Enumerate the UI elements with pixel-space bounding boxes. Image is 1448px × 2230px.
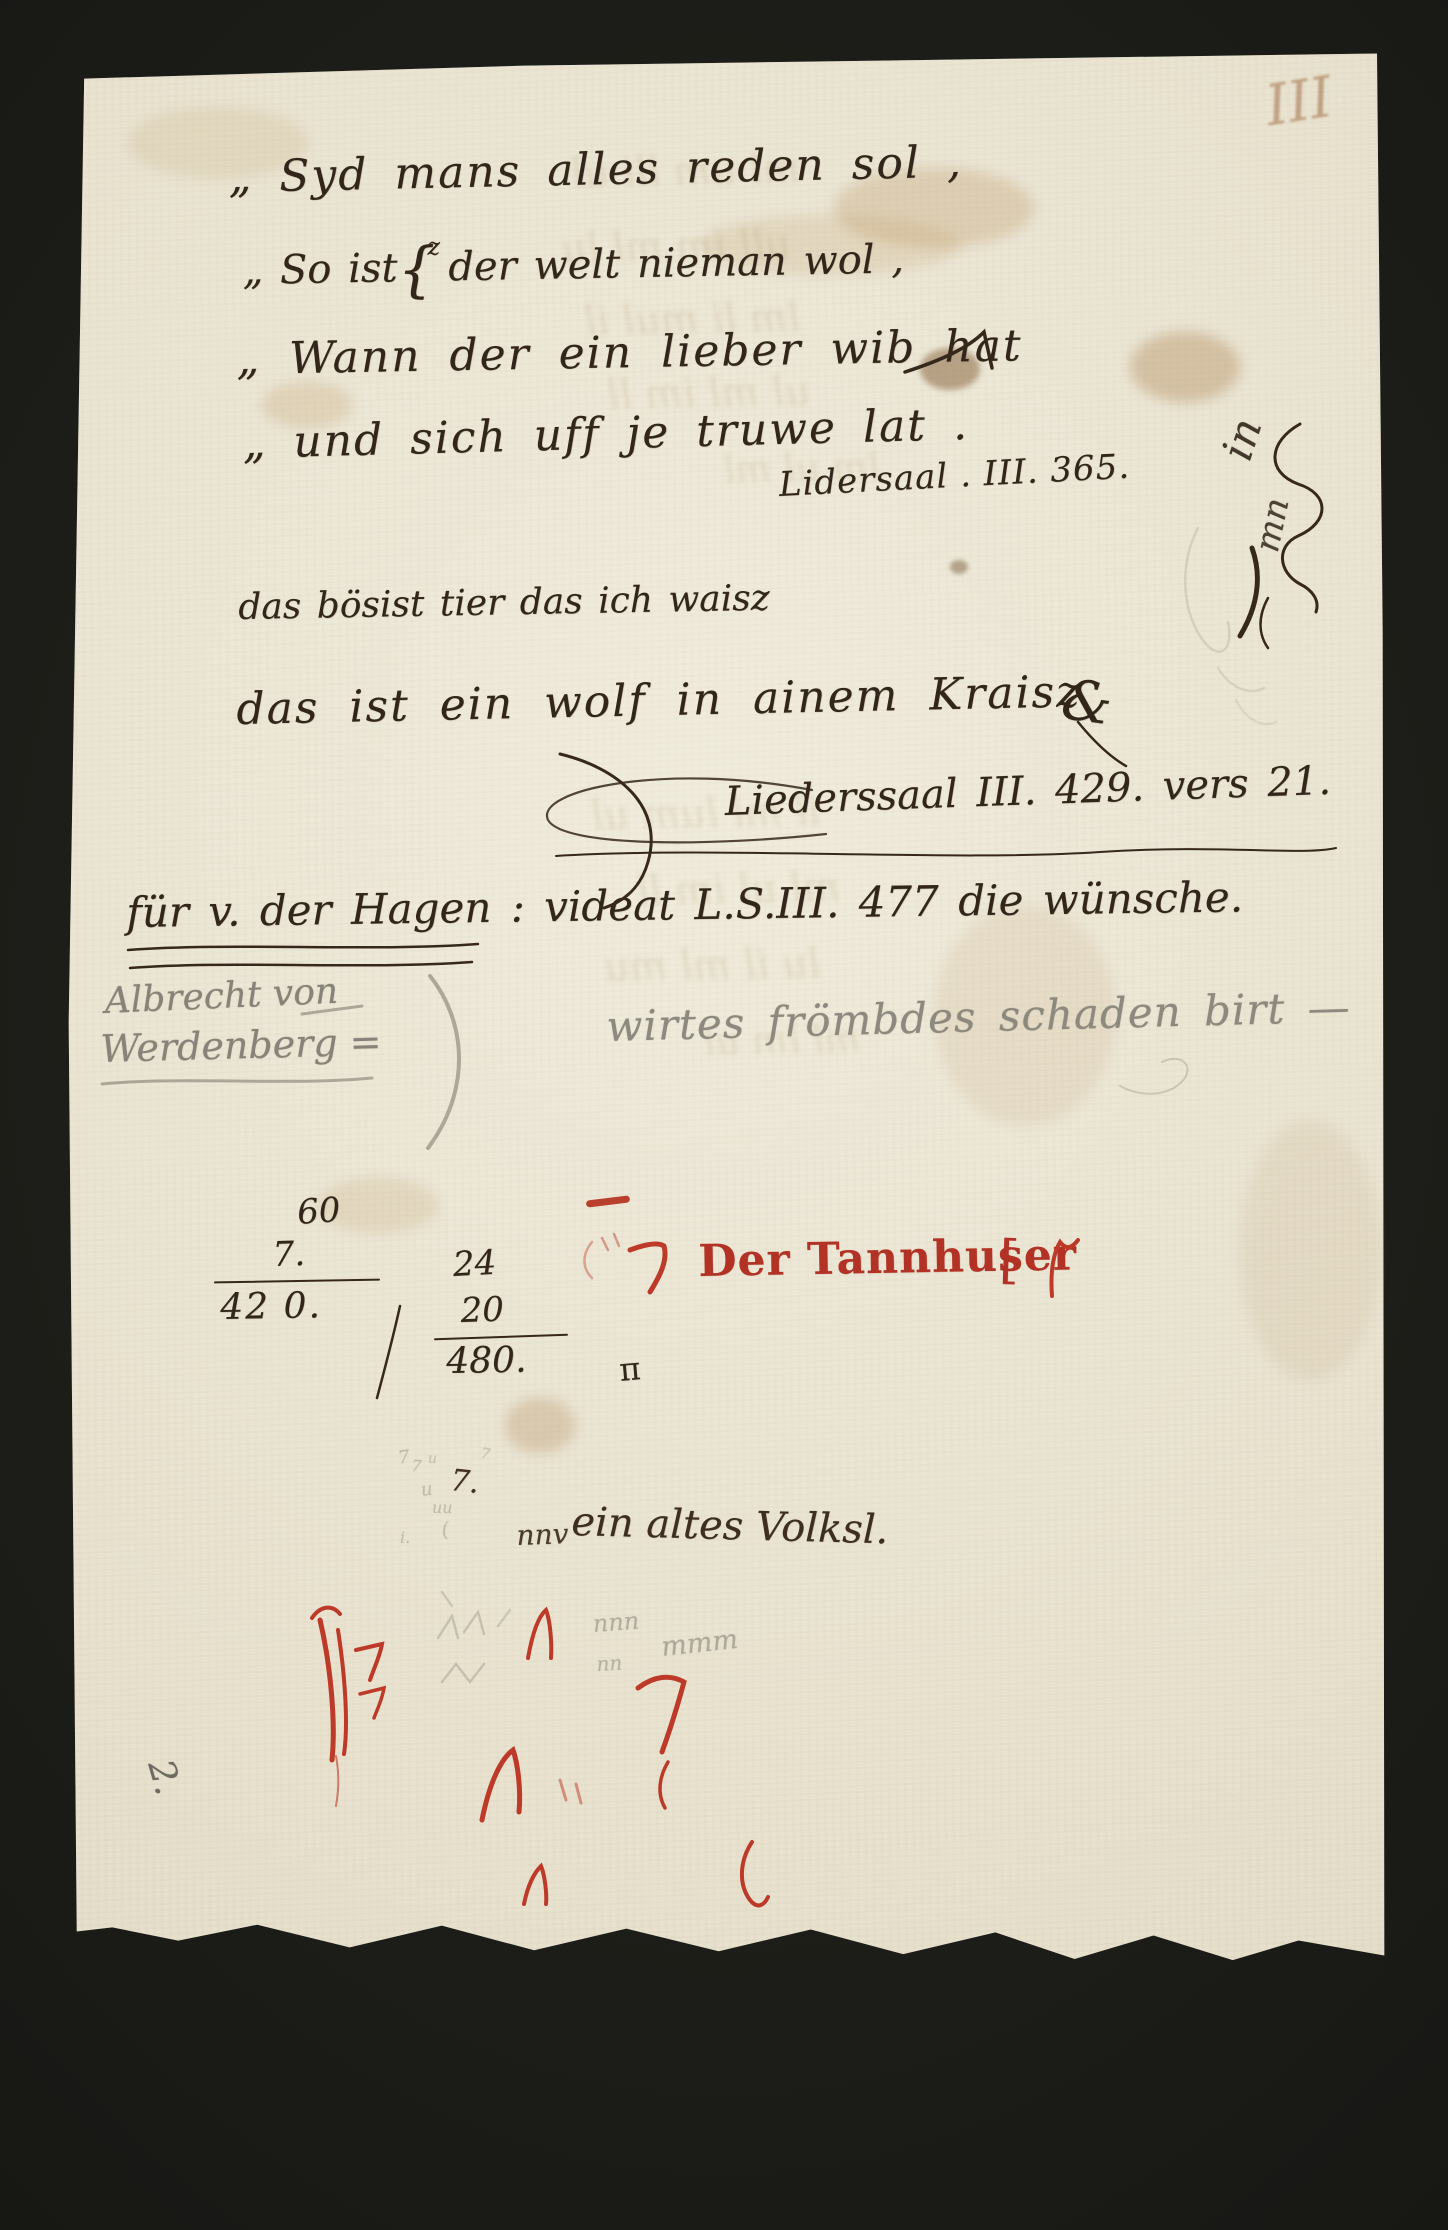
- paper-stain: [505, 1398, 575, 1453]
- arith-right-multiplicand: 24: [452, 1246, 497, 1282]
- pencil-squiggle: nnn: [592, 1609, 640, 1636]
- verse-line-2: „ So ist{zder welt nieman wol ,: [242, 231, 904, 303]
- red-title: Der Tannhuser: [698, 1233, 1077, 1284]
- paper-stain: [1130, 332, 1240, 402]
- pi-mark: π: [618, 1352, 642, 1386]
- pencil-squiggle: nn: [596, 1653, 623, 1674]
- volkslied-prefix: nnv: [516, 1520, 569, 1550]
- pencil-cluster-glyph: i.: [400, 1530, 410, 1546]
- pencil-name-line-2: Werdenberg =: [100, 1023, 382, 1068]
- pencil-cluster-glyph: 7: [479, 1446, 491, 1462]
- verse-line-3: „ Wann der ein lieber wib hat: [236, 324, 1023, 382]
- pencil-squiggle: mmm: [660, 1626, 739, 1661]
- arith-right-product: 480.: [446, 1343, 527, 1380]
- verse-line-2-pre: „ So ist: [242, 245, 398, 294]
- verse-line-2-post: der welt nieman wol ,: [448, 236, 904, 290]
- paper-stain: [1240, 1120, 1380, 1380]
- margin-scribble: mn: [1250, 495, 1295, 555]
- insertion-z: z: [427, 233, 440, 261]
- arith-left-product: 42 0.: [220, 1288, 322, 1326]
- pencil-name-line-1: Albrecht von: [104, 974, 339, 1020]
- arith-left-multiplicand: 60: [296, 1193, 342, 1230]
- pencil-cluster-glyph: 7: [411, 1458, 423, 1475]
- wolf-note-line-1: das bösist tier das ich waisz: [238, 581, 770, 626]
- bleed-through-line: lu il ml mu: [603, 944, 820, 988]
- ink-seven-mark: 7.: [449, 1466, 481, 1499]
- arith-left-multiplier: 7.: [272, 1237, 306, 1272]
- volkslied-note: ein altes Volksl.: [571, 1502, 889, 1550]
- bleed-through-numeral: III: [1262, 70, 1336, 136]
- red-bracket-right: [: [998, 1234, 1020, 1287]
- pencil-cluster-glyph: u: [428, 1452, 437, 1466]
- pencil-cluster-glyph: 7: [397, 1448, 411, 1467]
- ink-dot-stain: [950, 560, 968, 574]
- arith-right-multiplier: 20: [460, 1292, 504, 1327]
- wolf-note-flourish: &: [1058, 672, 1115, 734]
- photograph-background: ml um lli ul ull im ml lu lm li mul il u…: [0, 0, 1448, 2230]
- pencil-cluster-glyph: uu: [432, 1500, 453, 1516]
